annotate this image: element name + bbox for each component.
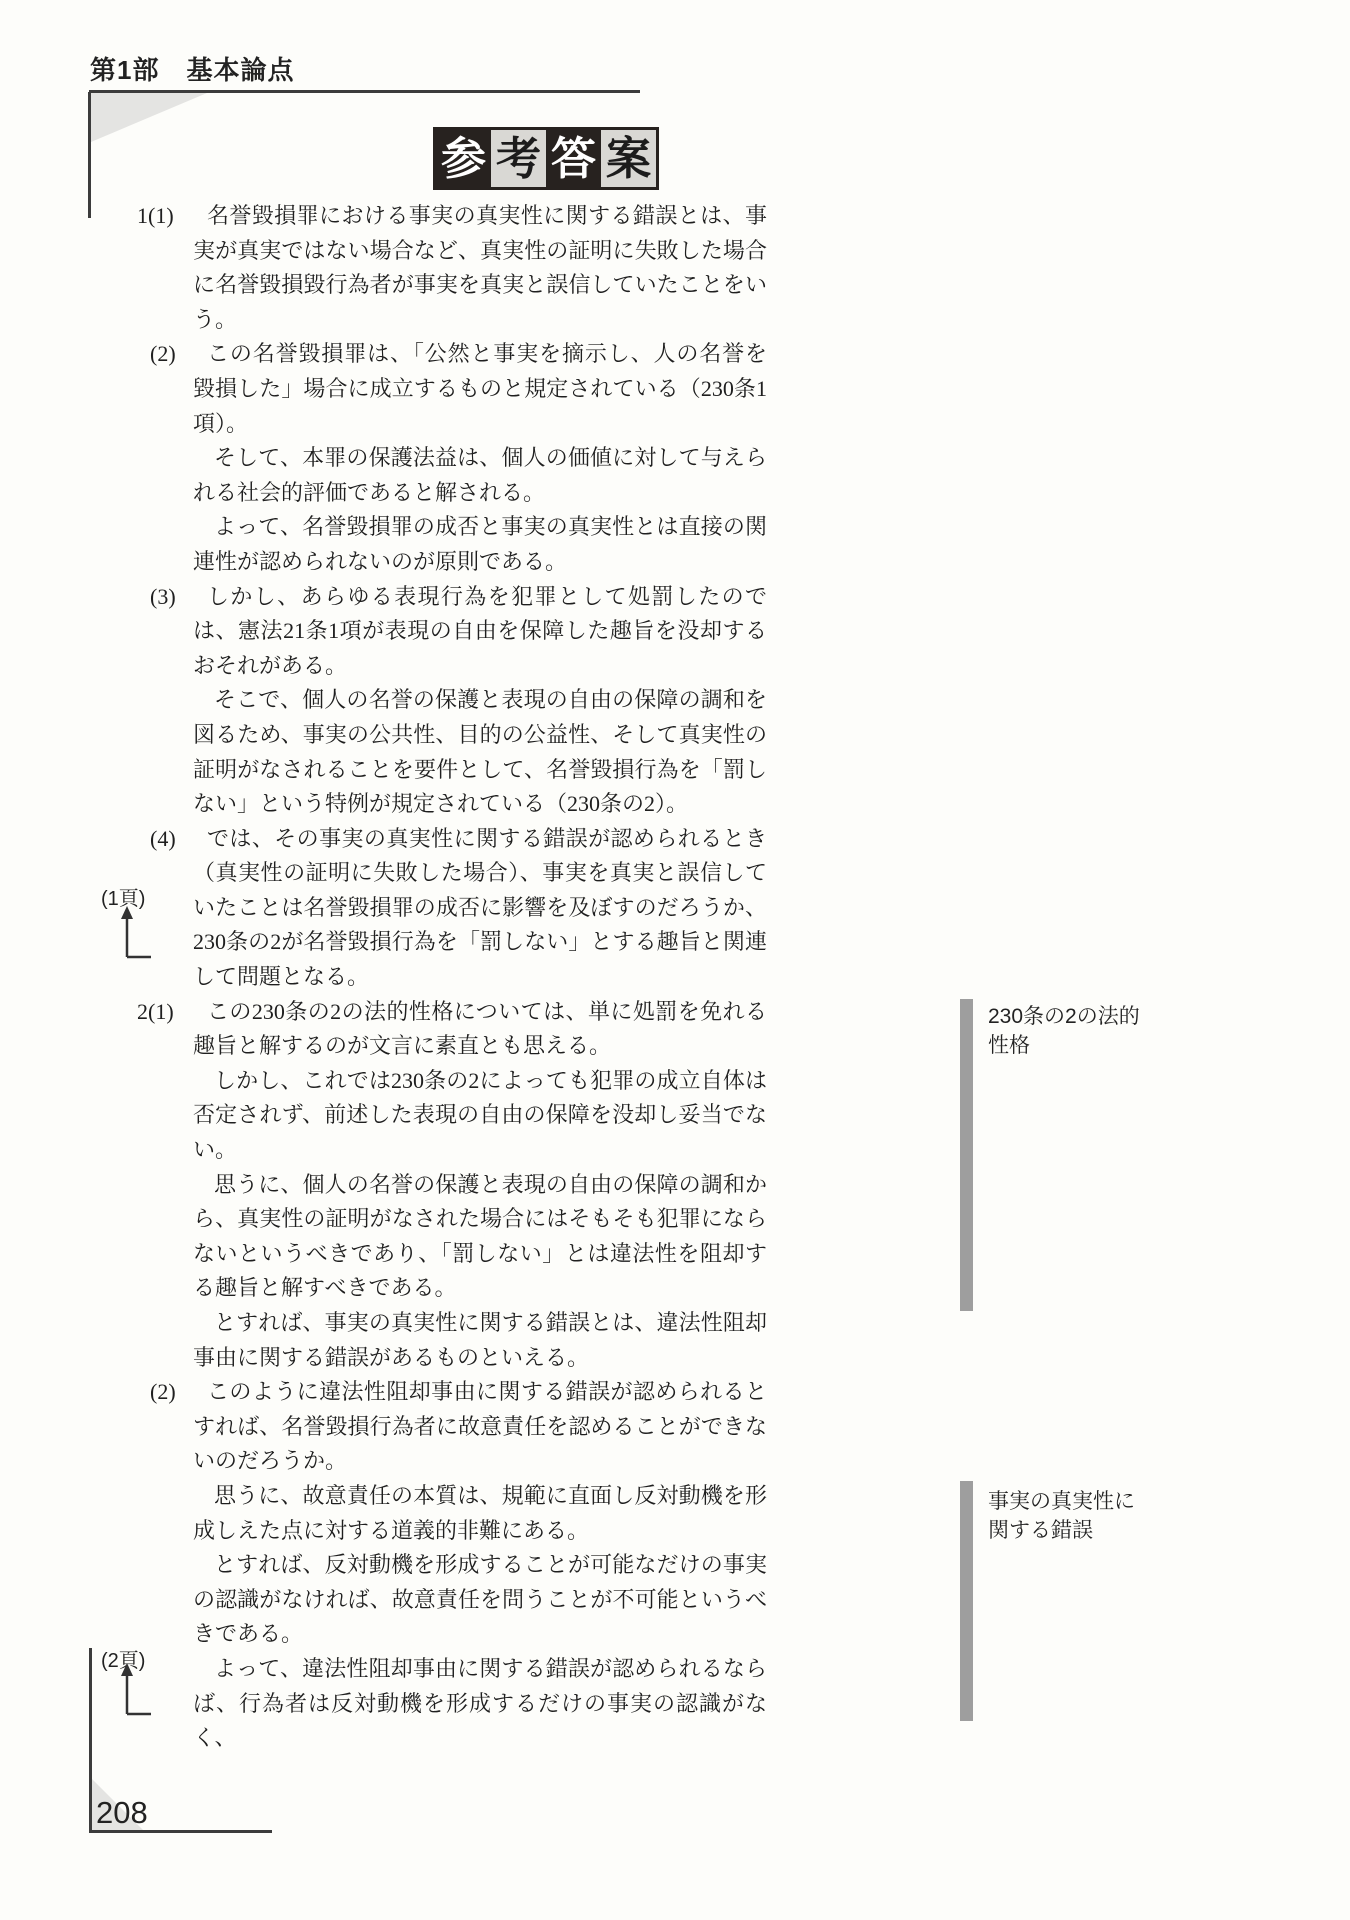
part-header: 第1部 基本論点: [90, 50, 294, 87]
paragraph: よって、違法性阻却事由に関する錯誤が認められるならば、行為者は反対動機を形成する…: [193, 1652, 767, 1756]
answer-block-2-2: (2) このように違法性阻却事由に関する錯誤が認められるとすれば、名誉毀損行為者…: [193, 1375, 767, 1756]
paragraph: よって、名誉毀損罪の成否と事実の真実性とは直接の関連性が認められないのが原則であ…: [193, 510, 767, 579]
block-number: (4): [150, 822, 176, 857]
side-note-bar-2: [960, 1481, 973, 1721]
paragraph: そして、本罪の保護法益は、個人の価値に対して与えられる社会的評価であると解される…: [193, 441, 767, 510]
bottom-left-vertical-line: [89, 1648, 92, 1832]
block-number: (2): [150, 337, 176, 372]
page-number: 208: [96, 1795, 148, 1831]
title-char-3: 答: [546, 130, 601, 187]
block-number: (2): [150, 1375, 176, 1410]
block-number: 1(1): [137, 199, 174, 234]
book-page: 第1部 基本論点 参 考 答 案 1(1) 名誉毀損罪における事実の真実性に関す…: [0, 0, 1350, 1920]
paragraph: この230条の2の法的性格については、単に処罰を免れる趣旨と解するのが文言に素直…: [193, 995, 767, 1064]
answer-body: 1(1) 名誉毀損罪における事実の真実性に関する錯誤とは、事実が真実ではない場合…: [193, 199, 767, 1756]
paragraph: とすれば、事実の真実性に関する錯誤とは、違法性阻却事由に関する錯誤があるものとい…: [193, 1306, 767, 1375]
paragraph: しかし、これでは230条の2によっても犯罪の成立自体は否定されず、前述した表現の…: [193, 1064, 767, 1168]
paragraph: しかし、あらゆる表現行為を犯罪として処罰したのでは、憲法21条1項が表現の自由を…: [193, 580, 767, 684]
answer-block-1-3: (3) しかし、あらゆる表現行為を犯罪として処罰したのでは、憲法21条1項が表現…: [193, 580, 767, 822]
up-arrow-icon: [117, 906, 153, 960]
title-char-1: 参: [436, 130, 491, 187]
block-number: 2(1): [137, 995, 174, 1030]
side-note-bar-1: [960, 999, 973, 1311]
answer-block-1-1: 1(1) 名誉毀損罪における事実の真実性に関する錯誤とは、事実が真実ではない場合…: [193, 199, 767, 337]
up-arrow-icon: [117, 1663, 153, 1717]
side-note-2: 事実の真実性に関する錯誤: [988, 1487, 1148, 1545]
top-left-vertical-line: [88, 92, 91, 218]
answer-block-1-4: (4) では、その事実の真実性に関する錯誤が認められるとき（真実性の証明に失敗し…: [193, 822, 767, 995]
paragraph: このように違法性阻却事由に関する錯誤が認められるとすれば、名誉毀損行為者に故意責…: [193, 1375, 767, 1479]
answer-title: 参 考 答 案: [433, 127, 659, 190]
answer-block-2-1: 2(1) この230条の2の法的性格については、単に処罰を免れる趣旨と解するのが…: [193, 995, 767, 1376]
paragraph: 名誉毀損罪における事実の真実性に関する錯誤とは、事実が真実ではない場合など、真実…: [193, 199, 767, 337]
paragraph: 思うに、故意責任の本質は、規範に直面し反対動機を形成しえた点に対する道義的非難に…: [193, 1479, 767, 1548]
top-corner-triangle: [91, 93, 207, 143]
paragraph: そこで、個人の名誉の保護と表現の自由の保障の調和を図るため、事実の公共性、目的の…: [193, 683, 767, 821]
paragraph: 思うに、個人の名誉の保護と表現の自由の保障の調和から、真実性の証明がなされた場合…: [193, 1168, 767, 1306]
title-char-4: 案: [601, 130, 656, 187]
paragraph: とすれば、反対動機を形成することが可能なだけの事実の認識がなければ、故意責任を問…: [193, 1548, 767, 1652]
side-note-1: 230条の2の法的性格: [988, 1002, 1148, 1060]
paragraph: では、その事実の真実性に関する錯誤が認められるとき（真実性の証明に失敗した場合）…: [193, 822, 767, 995]
block-number: (3): [150, 580, 176, 615]
answer-block-1-2: (2) この名誉毀損罪は、「公然と事実を摘示し、人の名誉を毀損した」場合に成立す…: [193, 337, 767, 579]
paragraph: この名誉毀損罪は、「公然と事実を摘示し、人の名誉を毀損した」場合に成立するものと…: [193, 337, 767, 441]
title-char-2: 考: [491, 130, 546, 187]
